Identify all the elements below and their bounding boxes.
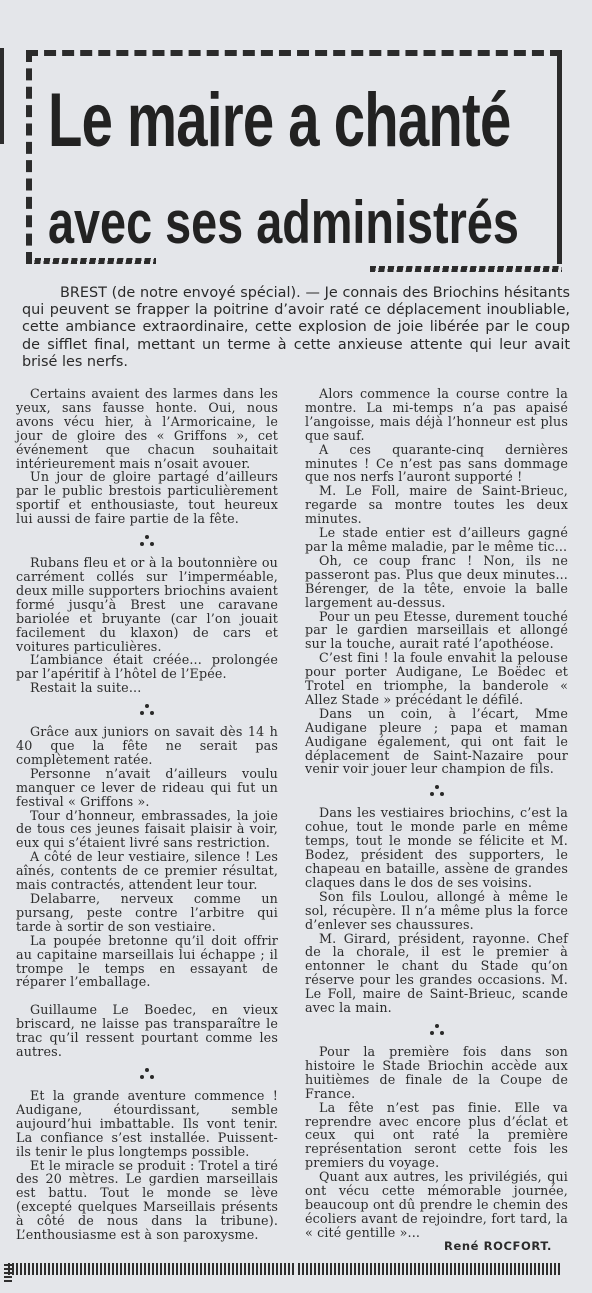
paragraph: Quant aux autres, les privilégiés, qui o… xyxy=(305,1170,568,1240)
separator-dot xyxy=(140,1075,144,1079)
paragraph: C’est fini ! la foule envahit la pelouse… xyxy=(305,651,568,707)
paragraph: Et la grande aventure commence ! Audigan… xyxy=(16,1089,278,1159)
paragraph: Personne n’avait d’ailleurs voulu manque… xyxy=(16,767,278,809)
paragraph: Son fils Loulou, allongé à même le sol, … xyxy=(305,890,568,932)
left-section-3: Grâce aux juniors on savait dès 14 h 40 … xyxy=(16,725,278,989)
paragraph: M. Girard, président, rayonne. Chef de l… xyxy=(305,932,568,1015)
separator-dot xyxy=(430,792,434,796)
headline-frame-bottom-left xyxy=(26,258,156,264)
paragraph: Oh, ce coup franc ! Non, ils ne passeron… xyxy=(305,554,568,610)
section-separator-dots-icon xyxy=(305,776,568,806)
paragraph: Grâce aux juniors on savait dès 14 h 40 … xyxy=(16,725,278,767)
headline-line-1: Le maire a chanté xyxy=(48,76,551,166)
paragraph: Rubans fleu et or à la boutonnière ou ca… xyxy=(16,556,278,653)
bottom-rule-right xyxy=(298,1263,560,1275)
adjacent-article-rule xyxy=(0,48,4,144)
left-section-2: Rubans fleu et or à la boutonnière ou ca… xyxy=(16,556,278,695)
separator-dot xyxy=(145,1068,149,1072)
byline-signature: René ROCFORT. xyxy=(305,1240,568,1254)
separator-dot xyxy=(440,1031,444,1035)
section-separator-dots-icon xyxy=(16,695,278,725)
lede-text: BREST (de notre envoyé spécial). — Je co… xyxy=(22,285,570,371)
separator-dot xyxy=(435,1024,439,1028)
section-separator-dots-icon xyxy=(16,526,278,556)
separator-dot xyxy=(140,542,144,546)
lede-paragraph: BREST (de notre envoyé spécial). — Je co… xyxy=(22,285,570,371)
separator-dot xyxy=(145,535,149,539)
separator-dot xyxy=(145,704,149,708)
paragraph: Un jour de gloire partagé d’ailleurs par… xyxy=(16,470,278,526)
paragraph: Pour un peu Etesse, durement touché par … xyxy=(305,610,568,652)
paragraph: Tour d’honneur, embrassades, la joie de … xyxy=(16,809,278,851)
left-section-1: Certains avaient des larmes dans les yeu… xyxy=(16,387,278,526)
paragraph: Et le miracle se produit : Trotel a tiré… xyxy=(16,1159,278,1242)
headline-line-2: avec ses administrés xyxy=(48,188,519,258)
left-column: Certains avaient des larmes dans les yeu… xyxy=(16,387,278,1242)
paragraph: Guillaume Le Boedec, en vieux briscard, … xyxy=(16,1003,278,1059)
separator-dot xyxy=(430,1031,434,1035)
separator-dot xyxy=(150,711,154,715)
bottom-rule-left xyxy=(8,1263,296,1275)
separator-dot xyxy=(440,792,444,796)
section-separator-dots-icon xyxy=(305,1015,568,1045)
paragraph: A ces quarante-cinq dernières minutes ! … xyxy=(305,443,568,485)
paragraph: Le stade entier est d’ailleurs gagné par… xyxy=(305,526,568,554)
right-section-2: Dans les vestiaires briochins, c’est la … xyxy=(305,806,568,1015)
right-section-3: Pour la première fois dans son histoire … xyxy=(305,1045,568,1240)
separator-dot xyxy=(140,711,144,715)
separator-dot xyxy=(150,542,154,546)
right-section-1: Alors commence la course contre la montr… xyxy=(305,387,568,776)
paragraph: Restait la suite... xyxy=(16,681,278,695)
section-separator-dots-icon xyxy=(16,1059,278,1089)
headline-frame-bottom-right xyxy=(370,266,562,272)
paragraph: L’ambiance était créée... prolongée par … xyxy=(16,653,278,681)
paragraph: A côté de leur vestiaire, silence ! Les … xyxy=(16,850,278,892)
paragraph: Dans les vestiaires briochins, c’est la … xyxy=(305,806,568,889)
separator-dot xyxy=(435,785,439,789)
paragraph: Dans un coin, à l’écart, Mme Audigane pl… xyxy=(305,707,568,777)
paragraph: La fête n’est pas finie. Elle va reprend… xyxy=(305,1101,568,1171)
paragraph: M. Le Foll, maire de Saint-Brieuc, regar… xyxy=(305,484,568,526)
left-section-4: Et la grande aventure commence ! Audigan… xyxy=(16,1089,278,1242)
paragraph: Pour la première fois dans son histoire … xyxy=(305,1045,568,1101)
paragraph: La poupée bretonne qu’il doit offrir au … xyxy=(16,934,278,990)
paragraph: Certains avaient des larmes dans les yeu… xyxy=(16,387,278,470)
paragraph: Delabarre, nerveux comme un pursang, pes… xyxy=(16,892,278,934)
left-section-3b: Guillaume Le Boedec, en vieux briscard, … xyxy=(16,1003,278,1059)
separator-dot xyxy=(150,1075,154,1079)
right-column: Alors commence la course contre la montr… xyxy=(305,387,568,1254)
paragraph: Alors commence la course contre la montr… xyxy=(305,387,568,443)
